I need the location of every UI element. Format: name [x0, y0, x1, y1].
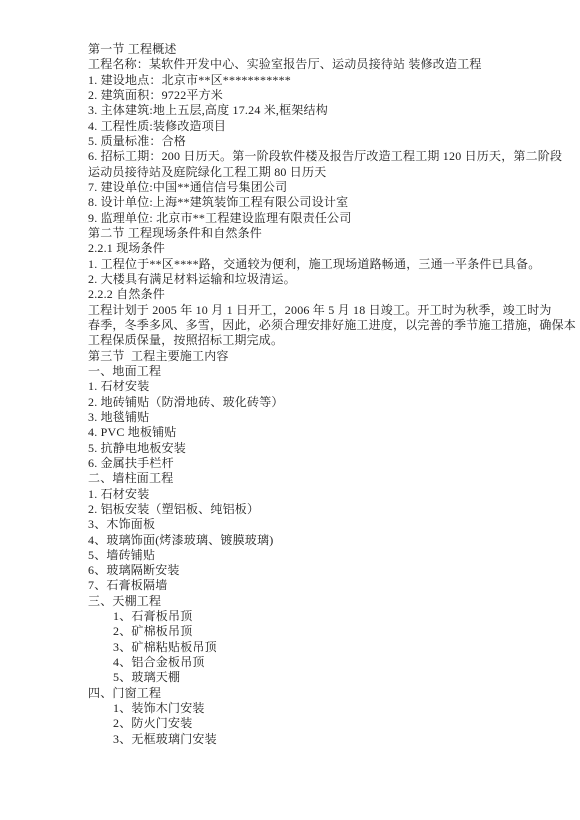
document-body: 第一节 工程概述工程名称：某软件开发中心、实验室报告厅、运动员接待站 装修改造工… [88, 42, 508, 747]
document-line: 二、墙柱面工程 [88, 471, 508, 486]
document-line: 3. 地毯铺贴 [88, 410, 508, 425]
document-line: 1. 工程位于**区****路，交通较为便利，施工现场道路畅通，三通一平条件已具… [88, 257, 508, 272]
document-line: 5. 抗静电地板安装 [88, 441, 508, 456]
document-line: 3、无框玻璃门安装 [88, 732, 508, 747]
document-line: 7、石膏板隔墙 [88, 578, 508, 593]
document-line: 一、地面工程 [88, 364, 508, 379]
document-line: 2.2.1 现场条件 [88, 241, 508, 256]
document-line: 7. 建设单位:中国**通信信号集团公司 [88, 180, 508, 195]
document-line: 8. 设计单位:上海**建筑装饰工程有限公司设计室 [88, 195, 508, 210]
document-line: 第三节 工程主要施工内容 [88, 349, 508, 364]
document-line: 2. 大楼具有满足材料运输和垃圾清运。 [88, 272, 508, 287]
document-line: 6. 金属扶手栏杆 [88, 456, 508, 471]
document-line: 1. 建设地点：北京市**区*********** [88, 73, 508, 88]
document-line: 1、装饰木门安装 [88, 701, 508, 716]
document-page: 第一节 工程概述工程名称：某软件开发中心、实验室报告厅、运动员接待站 装修改造工… [0, 0, 580, 820]
document-line: 5. 质量标准：合格 [88, 134, 508, 149]
document-line: 第二节 工程现场条件和自然条件 [88, 226, 508, 241]
document-line: 3. 主体建筑:地上五层,高度 17.24 米,框架结构 [88, 103, 508, 118]
document-line: 1. 石材安装 [88, 487, 508, 502]
document-line: 工程名称：某软件开发中心、实验室报告厅、运动员接待站 装修改造工程 [88, 57, 508, 72]
document-line: 4. 工程性质:装修改造项目 [88, 119, 508, 134]
document-line: 1、石膏板吊顶 [88, 609, 508, 624]
document-line: 工程计划于 2005 年 10 月 1 日开工，2006 年 5 月 18 日竣… [88, 303, 508, 318]
document-line: 第一节 工程概述 [88, 42, 508, 57]
document-line: 4、玻璃饰面(烤漆玻璃、镀膜玻璃) [88, 533, 508, 548]
document-line: 工程保质保量，按照招标工期完成。 [88, 333, 508, 348]
document-line: 2、防火门安装 [88, 716, 508, 731]
document-line: 6、玻璃隔断安装 [88, 563, 508, 578]
document-line: 运动员接待站及庭院绿化工程工期 80 日历天 [88, 165, 508, 180]
document-line: 4. PVC 地板铺贴 [88, 425, 508, 440]
document-line: 2.2.2 自然条件 [88, 287, 508, 302]
document-line: 三、天棚工程 [88, 594, 508, 609]
document-line: 1. 石材安装 [88, 379, 508, 394]
document-line: 2. 铝板安装（塑铝板、纯铝板） [88, 502, 508, 517]
document-line: 6. 招标工期：200 日历天。第一阶段软件楼及报告厅改造工程工期 120 日历… [88, 149, 508, 164]
document-line: 4、铝合金板吊顶 [88, 655, 508, 670]
document-line: 5、墙砖铺贴 [88, 548, 508, 563]
document-line: 四、门窗工程 [88, 686, 508, 701]
document-line: 春季，冬季多风、多雪，因此，必须合理安排好施工进度，以完善的季节施工措施，确保本 [88, 318, 508, 333]
document-line: 9. 监理单位: 北京市**工程建设监理有限责任公司 [88, 211, 508, 226]
document-line: 2、矿棉板吊顶 [88, 624, 508, 639]
document-line: 3、木饰面板 [88, 517, 508, 532]
document-line: 2. 地砖铺贴（防滑地砖、玻化砖等） [88, 395, 508, 410]
document-line: 3、矿棉粘贴板吊顶 [88, 640, 508, 655]
document-line: 5、玻璃天棚 [88, 670, 508, 685]
document-line: 2. 建筑面积：9722平方米 [88, 88, 508, 103]
